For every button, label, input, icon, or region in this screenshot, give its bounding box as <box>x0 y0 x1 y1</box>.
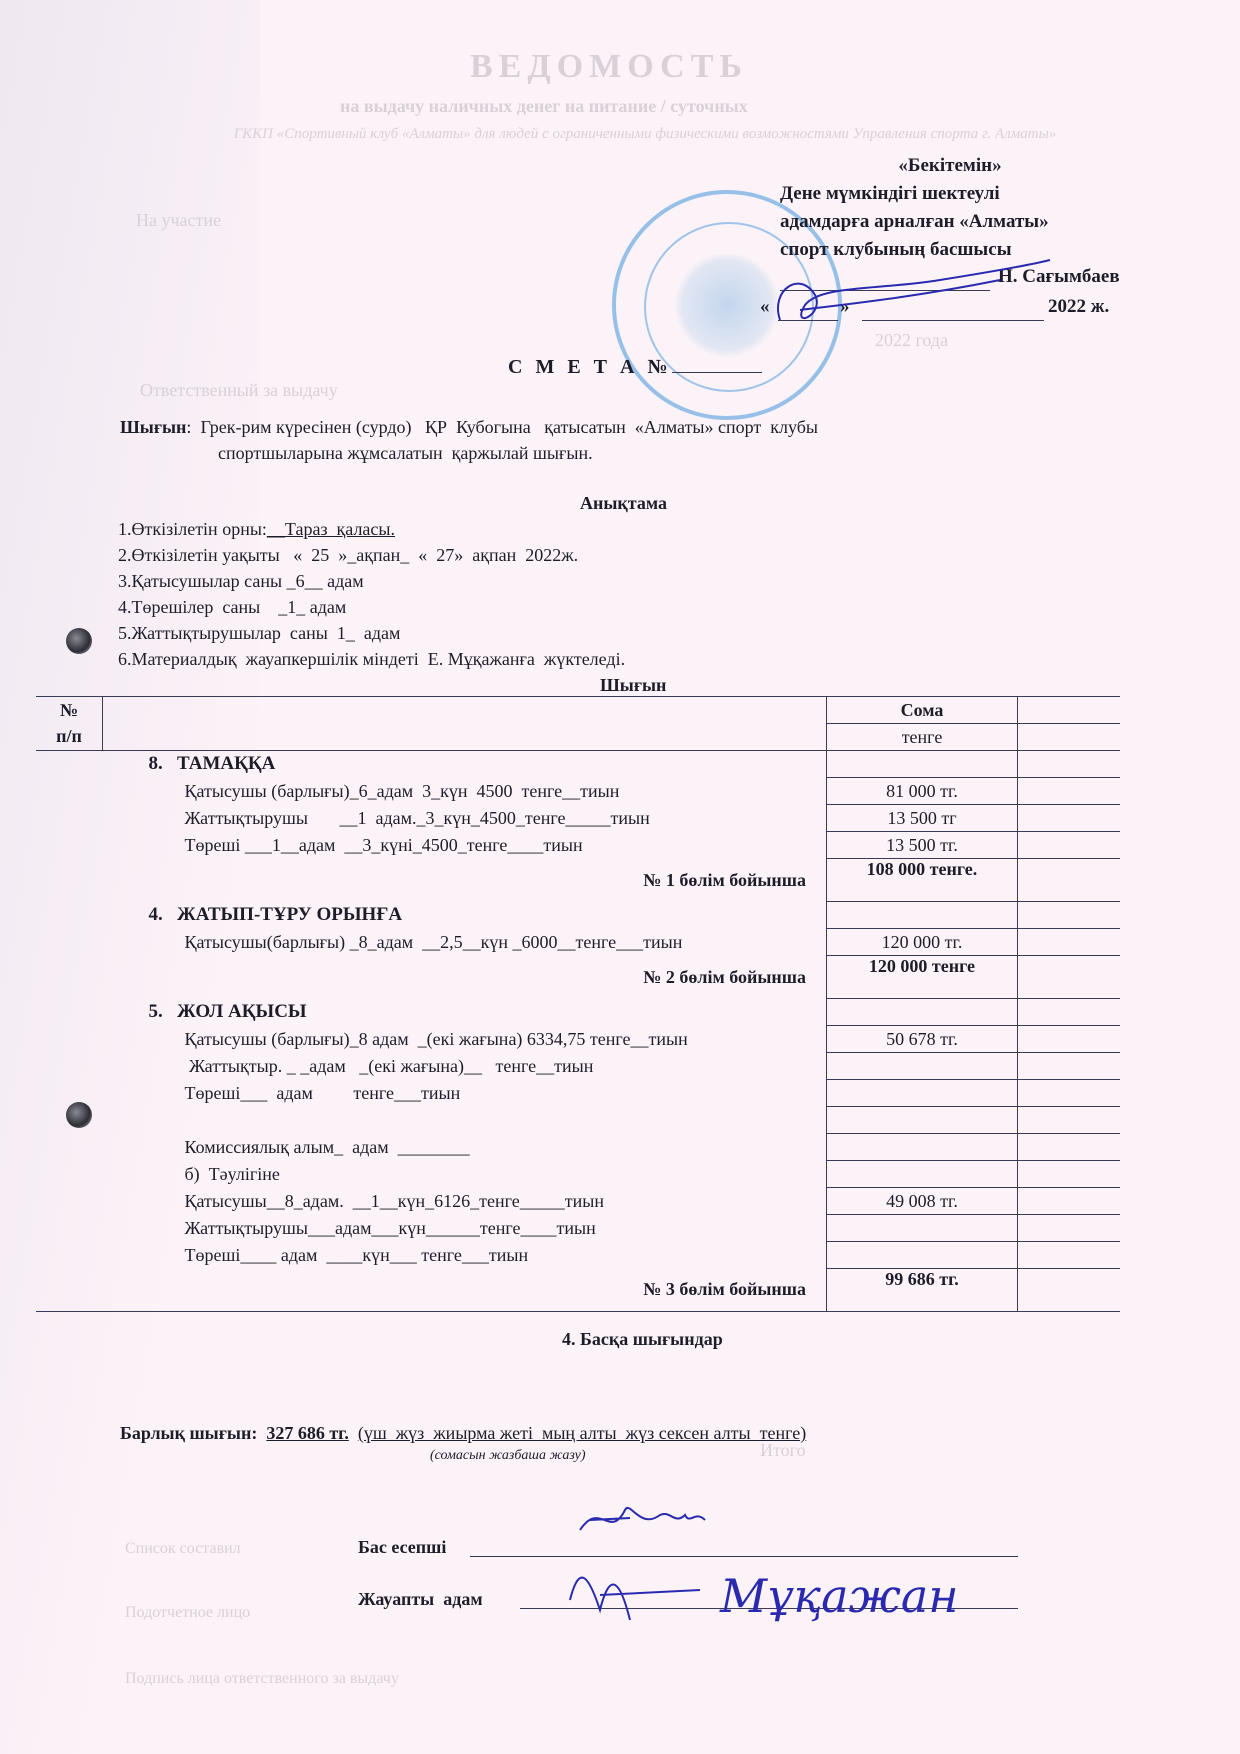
expense-table: № Сома п/п тенге 8. ТАМАҚҚАҚатысушы (бар… <box>36 696 1120 1312</box>
expense-description-2: спортшыларына жұмсалатын қаржылай шығын. <box>218 440 593 466</box>
ghost-label2: Ответственный за выдачу <box>140 380 338 401</box>
row-sum <box>827 751 1018 778</box>
grand-total-label: Барлық шығын: <box>120 1423 257 1443</box>
table-section-row: 4. ЖАТЫП-ТҰРУ ОРЫНҒА <box>36 902 1120 929</box>
reference-label: 2.Өткізілетін уақыты « 25 » <box>118 545 347 565</box>
table-header-row-2: п/п тенге <box>36 724 1120 751</box>
table-header-row-1: № Сома <box>36 697 1120 724</box>
row-num <box>36 1188 103 1215</box>
row-blank <box>1018 1107 1121 1134</box>
table-row <box>36 1107 1120 1134</box>
row-description: 5. ЖОЛ АҚЫСЫ <box>103 999 827 1026</box>
row-description: Қатысушы(барлығы) _8_адам __2,5__күн _60… <box>103 929 827 956</box>
row-blank <box>1018 1026 1121 1053</box>
grand-total: Барлық шығын: 327 686 тг. (үш жүз жиырма… <box>120 1420 806 1446</box>
row-description <box>103 1107 827 1134</box>
row-blank <box>1018 1215 1121 1242</box>
row-sum <box>827 1242 1018 1269</box>
approval-heading: «Бекітемін» <box>850 152 1050 180</box>
document-title-text: С М Е Т А № <box>508 356 672 378</box>
reference-item-dates: 2.Өткізілетін уақыты « 25 »_ақпан_ « 27»… <box>118 542 625 568</box>
row-description: Қатысушы__8_адам. __1__күн_6126_тенге___… <box>103 1188 827 1215</box>
approval-line1: Дене мүмкіндігі шектеулі <box>780 180 1180 208</box>
row-num <box>36 929 103 956</box>
row-num <box>36 859 103 902</box>
row-blank <box>1018 1188 1121 1215</box>
table-row: Қатысушы (барлығы)_6_адам 3_күн 4500 тен… <box>36 778 1120 805</box>
row-description: № 2 бөлім бойынша <box>103 956 827 999</box>
grand-total-words: (үш жүз жиырма жеті мың алты жүз сексен … <box>358 1423 806 1443</box>
table-subtotal-row: № 1 бөлім бойынша108 000 тенге. <box>36 859 1120 902</box>
table-subtotal-row: № 3 бөлім бойынша99 686 тг. <box>36 1269 1120 1312</box>
row-sum <box>827 1107 1018 1134</box>
table-row: Жаттықтырушы___адам___күн______тенге____… <box>36 1215 1120 1242</box>
table-row: б) Тәулігіне <box>36 1161 1120 1188</box>
header-currency: тенге <box>827 724 1018 751</box>
row-blank <box>1018 805 1121 832</box>
row-blank <box>1018 999 1121 1026</box>
reference-value: __Тараз қаласы. <box>267 519 395 539</box>
row-sum <box>827 1161 1018 1188</box>
header-num: № <box>36 697 103 724</box>
row-sum: 49 008 тг. <box>827 1188 1018 1215</box>
row-num <box>36 1080 103 1107</box>
ghost-footer2: Подотчетное лицо <box>125 1604 250 1622</box>
row-sum: 13 500 тг <box>827 805 1018 832</box>
other-expenses-heading: 4. Басқа шығындар <box>562 1326 723 1352</box>
reference-item-participants: 3.Қатысушылар саны _6__ адам <box>118 568 625 594</box>
reference-label: 3.Қатысушылар саны <box>118 571 282 591</box>
table-section-row: 5. ЖОЛ АҚЫСЫ <box>36 999 1120 1026</box>
expense-description: Шығын: Грек-рим күресінен (сурдо) ҚР Куб… <box>120 414 818 440</box>
expense-text: Грек-рим күресінен (сурдо) ҚР Кубогына қ… <box>200 417 818 437</box>
chief-accountant-label: Бас есепші <box>358 1534 446 1560</box>
ghost-subtitle: на выдачу наличных денег на питание / су… <box>340 96 748 117</box>
reference-value: _ақпан_ « 27» ақпан 2022ж. <box>347 545 578 565</box>
grand-total-amount: 327 686 тг. <box>266 1423 349 1443</box>
table-row: Жаттықтыр. _ _адам _(екі жағына)__ тенге… <box>36 1053 1120 1080</box>
table-row: Төреші___ адам тенге___тиын <box>36 1080 1120 1107</box>
row-blank <box>1018 1269 1121 1312</box>
reference-value: _1_ адам <box>278 597 346 617</box>
row-description: б) Тәулігіне <box>103 1161 827 1188</box>
reference-list: 1.Өткізілетін орны:__Тараз қаласы. 2.Өтк… <box>118 516 625 672</box>
director-signature <box>760 250 1060 340</box>
ghost-label1: На участие <box>136 210 221 231</box>
row-blank <box>1018 1080 1121 1107</box>
header-desc <box>103 697 827 724</box>
responsible-person-label: Жауапты адам <box>358 1586 483 1612</box>
row-blank <box>1018 832 1121 859</box>
row-description: Төреші___ адам тенге___тиын <box>103 1080 827 1107</box>
reference-heading: Анықтама <box>580 490 667 516</box>
row-description: № 1 бөлім бойынша <box>103 859 827 902</box>
row-description: Қатысушы (барлығы)_6_адам 3_күн 4500 тен… <box>103 778 827 805</box>
row-sum <box>827 1215 1018 1242</box>
header-blank-2 <box>1018 724 1121 751</box>
row-description: Жаттықтырушы___адам___күн______тенге____… <box>103 1215 827 1242</box>
reference-label: 4.Төрешілер саны <box>118 597 260 617</box>
row-sum: 50 678 тг. <box>827 1026 1018 1053</box>
grand-total-caption: (сомасын жазбаша жазу) <box>430 1448 586 1464</box>
row-description: Жаттықтыр. _ _адам _(екі жағына)__ тенге… <box>103 1053 827 1080</box>
reference-value: _6__ адам <box>287 571 364 591</box>
row-sum <box>827 1080 1018 1107</box>
reference-item-coaches: 5.Жаттықтырушылар саны 1_ адам <box>118 620 625 646</box>
expenses-heading: Шығын <box>600 672 666 698</box>
table-row: Жаттықтырушы __1 адам._3_күн_4500_тенге_… <box>36 805 1120 832</box>
row-description: Жаттықтырушы __1 адам._3_күн_4500_тенге_… <box>103 805 827 832</box>
approval-line2: адамдарға арналған «Алматы» <box>780 208 1180 236</box>
table-section-row: 8. ТАМАҚҚА <box>36 751 1120 778</box>
row-num <box>36 1215 103 1242</box>
punch-hole-top <box>66 628 92 654</box>
reference-value: 1_ адам <box>337 623 401 643</box>
table-row: Қатысушы (барлығы)_8 адам _(екі жағына) … <box>36 1026 1120 1053</box>
row-num <box>36 999 103 1026</box>
row-num <box>36 1134 103 1161</box>
row-num <box>36 1026 103 1053</box>
row-blank <box>1018 956 1121 999</box>
row-sum: 120 000 тенге <box>827 956 1018 999</box>
row-description: 8. ТАМАҚҚА <box>103 751 827 778</box>
ghost-footer1: Список составил <box>125 1540 241 1558</box>
row-description: Қатысушы (барлығы)_8 адам _(екі жағына) … <box>103 1026 827 1053</box>
row-description: Төреші ___1__адам __3_күні_4500_тенге___… <box>103 832 827 859</box>
reference-value: Е. Мұқажанға жүктеледі. <box>428 649 625 669</box>
responsible-signature: Мұқажан <box>560 1540 980 1640</box>
row-num <box>36 1107 103 1134</box>
reference-label: 5.Жаттықтырушылар саны <box>118 623 328 643</box>
table-row: Қатысушы__8_адам. __1__күн_6126_тенге___… <box>36 1188 1120 1215</box>
row-blank <box>1018 1053 1121 1080</box>
row-blank <box>1018 1161 1121 1188</box>
row-sum: 108 000 тенге. <box>827 859 1018 902</box>
reference-item-responsibility: 6.Материалдық жауапкершілік міндеті Е. М… <box>118 646 625 672</box>
row-num <box>36 1161 103 1188</box>
header-sum: Сома <box>827 697 1018 724</box>
row-sum: 13 500 тг. <box>827 832 1018 859</box>
table-subtotal-row: № 2 бөлім бойынша120 000 тенге <box>36 956 1120 999</box>
reference-label: 1.Өткізілетін орны: <box>118 519 267 539</box>
reference-item-place: 1.Өткізілетін орны:__Тараз қаласы. <box>118 516 625 542</box>
row-blank <box>1018 859 1121 902</box>
ghost-title: ВЕДОМОСТЬ <box>470 48 748 86</box>
row-sum <box>827 1053 1018 1080</box>
table-row: Төреші ___1__адам __3_күні_4500_тенге___… <box>36 832 1120 859</box>
row-num <box>36 902 103 929</box>
row-blank <box>1018 1242 1121 1269</box>
row-sum: 99 686 тг. <box>827 1269 1018 1312</box>
row-blank <box>1018 1134 1121 1161</box>
reference-label: 6.Материалдық жауапкершілік міндеті <box>118 649 419 669</box>
row-description: № 3 бөлім бойынша <box>103 1269 827 1312</box>
row-sum <box>827 1134 1018 1161</box>
responsible-signature-text: Мұқажан <box>719 1569 959 1623</box>
header-num-2: п/п <box>36 724 103 751</box>
table-row: Төреші____ адам ____күн___ тенге___тиын <box>36 1242 1120 1269</box>
table-row: Қатысушы(барлығы) _8_адам __2,5__күн _60… <box>36 929 1120 956</box>
ghost-footer3: Подпись лица ответственного за выдачу <box>125 1670 399 1688</box>
row-description: Төреші____ адам ____күн___ тенге___тиын <box>103 1242 827 1269</box>
row-num <box>36 778 103 805</box>
row-num <box>36 1053 103 1080</box>
row-sum <box>827 902 1018 929</box>
document-title: С М Е Т А № <box>508 356 762 379</box>
header-desc-2 <box>103 724 827 751</box>
row-num <box>36 1269 103 1312</box>
approval-block: «Бекітемін» Дене мүмкіндігі шектеулі ада… <box>760 152 1180 264</box>
row-blank <box>1018 929 1121 956</box>
row-sum <box>827 999 1018 1026</box>
row-blank <box>1018 751 1121 778</box>
row-sum: 81 000 тг. <box>827 778 1018 805</box>
header-blank <box>1018 697 1121 724</box>
row-num <box>36 1242 103 1269</box>
expense-label: Шығын <box>120 417 186 437</box>
ghost-org: ГККП «Спортивный клуб «Алматы» для людей… <box>215 126 1075 143</box>
reference-item-referees: 4.Төрешілер саны _1_ адам <box>118 594 625 620</box>
table-row: Комиссиялық алым_ адам ________ <box>36 1134 1120 1161</box>
row-sum: 120 000 тг. <box>827 929 1018 956</box>
row-num <box>36 805 103 832</box>
row-description: Комиссиялық алым_ адам ________ <box>103 1134 827 1161</box>
row-blank <box>1018 778 1121 805</box>
row-num <box>36 956 103 999</box>
row-num <box>36 751 103 778</box>
row-num <box>36 832 103 859</box>
row-description: 4. ЖАТЫП-ТҰРУ ОРЫНҒА <box>103 902 827 929</box>
row-blank <box>1018 902 1121 929</box>
